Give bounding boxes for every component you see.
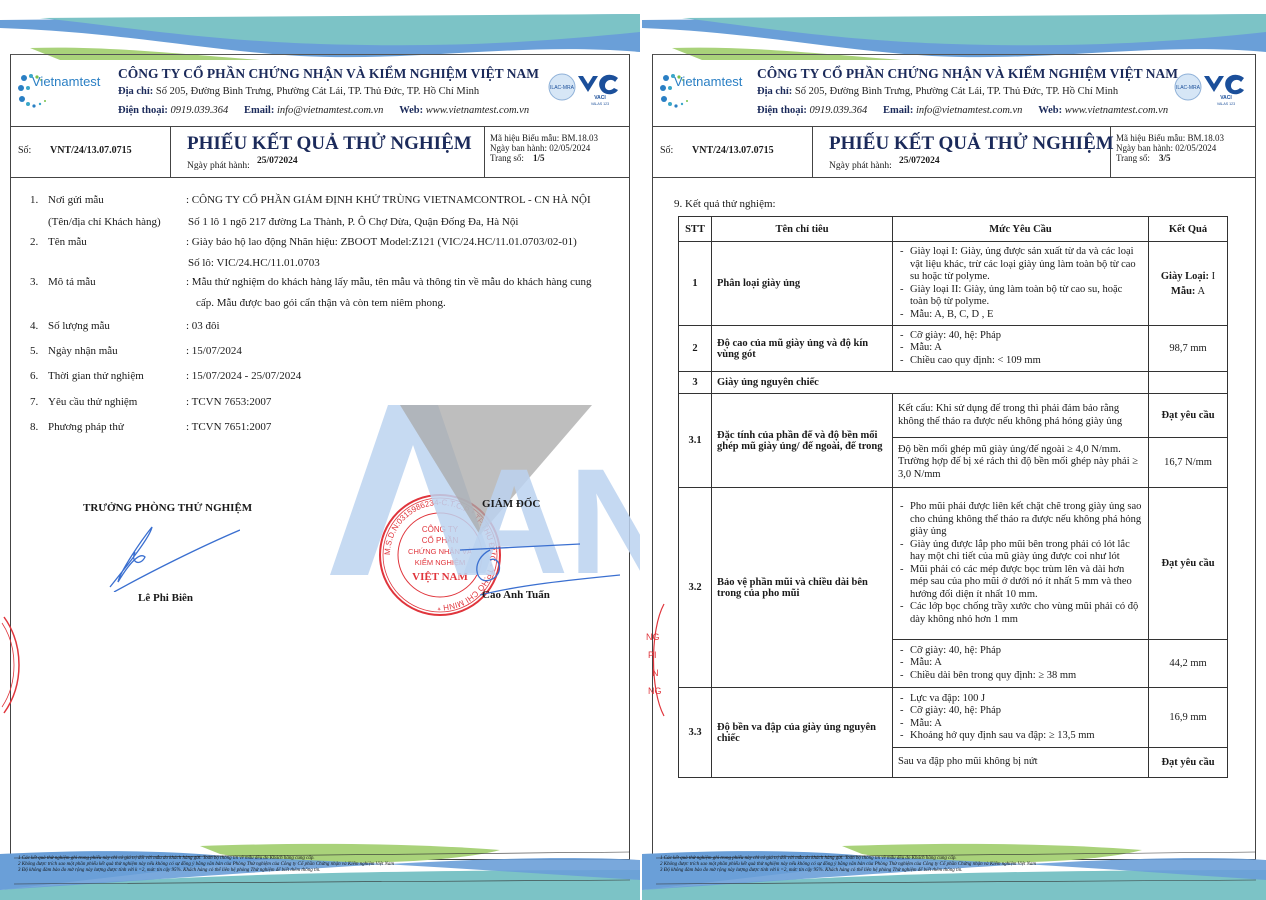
info-row: 8.Phương pháp thử: TCVN 7651:2007 bbox=[30, 421, 178, 433]
report-page-3: Vietnamtest CÔNG TY CỔ PHẦN CHỨNG NHẬN V… bbox=[642, 0, 1266, 900]
results-section-title: 9. Kết quả thử nghiệm: bbox=[674, 198, 776, 210]
form-meta: Mã hiệu Biểu mẫu: BM.18.03 Ngày ban hành… bbox=[1116, 133, 1252, 163]
info-row: (Tên/địa chỉ Khách hàng)Số 1 lô 1 ngõ 21… bbox=[30, 216, 178, 228]
result-cell: 44,2 mm bbox=[1149, 640, 1228, 688]
report-no-label: Số: bbox=[18, 145, 31, 156]
svg-text:N: N bbox=[652, 668, 659, 678]
table-row: 1 Phân loại giày ủng Giày loại I: Giày, … bbox=[679, 242, 1228, 326]
result-cell: Đạt yêu cầu bbox=[1149, 488, 1228, 640]
company-contacts: Điện thoại: 0919.039.364 Email: info@vie… bbox=[757, 105, 1168, 116]
table-header-row: STT Tên chỉ tiêu Mức Yêu Cầu Kết Quả bbox=[679, 217, 1228, 242]
report-title-row: Số: VNT/24/13.07.0715 PHIẾU KẾT QUẢ THỬ … bbox=[10, 126, 630, 178]
page-number: 3/5 bbox=[1159, 153, 1171, 163]
svg-text:VALAS 123: VALAS 123 bbox=[1217, 102, 1235, 106]
letterhead: Vietnamtest CÔNG TY CỔ PHẦN CHỨNG NHẬN V… bbox=[10, 58, 630, 126]
issue-date-label: Ngày phát hành: bbox=[187, 161, 250, 171]
info-row: 4.Số lượng mẫu: 03 đôi bbox=[30, 320, 178, 332]
result-cell: Giày Loại: I Mẫu: A bbox=[1149, 242, 1228, 326]
svg-text:ILAC-MRA: ILAC-MRA bbox=[550, 85, 575, 91]
report-no: VNT/24/13.07.0715 bbox=[692, 145, 774, 156]
right-signatory-name: Cao Anh Tuấn bbox=[482, 589, 550, 601]
table-row: 3.1 Đặc tính của phần đế và độ bền mối g… bbox=[679, 394, 1228, 438]
company-name: CÔNG TY CỔ PHẦN CHỨNG NHẬN VÀ KIỂM NGHIỆ… bbox=[757, 66, 1178, 82]
issue-date-label: Ngày phát hành: bbox=[829, 161, 892, 171]
report-title: PHIẾU KẾT QUẢ THỬ NGHIỆM bbox=[829, 133, 1114, 155]
result-cell: 98,7 mm bbox=[1149, 326, 1228, 372]
company-address: Địa chỉ: Số 205, Đường Bình Trưng, Phườn… bbox=[757, 86, 1118, 97]
table-row: 2 Độ cao của mũ giày ủng và độ kín vùng … bbox=[679, 326, 1228, 372]
svg-text:NG: NG bbox=[646, 632, 660, 642]
svg-text:CÔNG TY: CÔNG TY bbox=[422, 525, 459, 534]
page-seal-edge-icon bbox=[0, 615, 24, 715]
result-cell: Đạt yêu cầu bbox=[1149, 394, 1228, 438]
svg-text:KIỂM NGHIỆM: KIỂM NGHIỆM bbox=[415, 558, 465, 567]
logo-text: Vietnamtest bbox=[674, 74, 742, 89]
left-signature-icon bbox=[100, 522, 240, 592]
svg-text:NG: NG bbox=[648, 686, 662, 696]
accreditation-logo-icon: ILAC-MRA VACI VALAS 123 bbox=[1174, 70, 1248, 106]
svg-text:ILAC-MRA: ILAC-MRA bbox=[1176, 85, 1201, 91]
info-row: Số lô: VIC/24.HC/11.01.0703 bbox=[30, 257, 178, 269]
company-address: Địa chỉ: Số 205, Đường Bình Trưng, Phườn… bbox=[118, 86, 479, 97]
footnotes: 1 Các kết quả thử nghiệm ghi trong phiếu… bbox=[660, 856, 1036, 874]
info-row: 5.Ngày nhận mẫu: 15/07/2024 bbox=[30, 345, 178, 357]
logo-text: Vietnamtest bbox=[32, 74, 100, 89]
svg-text:PI: PI bbox=[648, 650, 657, 660]
title-block: PHIẾU KẾT QUẢ THỬ NGHIỆM Ngày phát hành:… bbox=[170, 127, 485, 177]
report-no: VNT/24/13.07.0715 bbox=[50, 145, 132, 156]
issue-date: 25/072024 bbox=[257, 156, 298, 166]
company-contacts: Điện thoại: 0919.039.364 Email: info@vie… bbox=[118, 105, 529, 116]
footnotes: 1 Các kết quả thử nghiệm ghi trong phiếu… bbox=[18, 856, 394, 874]
report-no-label: Số: bbox=[660, 145, 673, 156]
results-table: STT Tên chỉ tiêu Mức Yêu Cầu Kết Quả 1 P… bbox=[678, 216, 1228, 778]
report-title: PHIẾU KẾT QUẢ THỬ NGHIỆM bbox=[187, 133, 472, 155]
info-row: cấp. Mẫu được bao gói cẩn thận và còn te… bbox=[30, 297, 178, 309]
svg-text:CỔ PHẦN: CỔ PHẦN bbox=[422, 535, 459, 545]
info-row: 1.Nơi gửi mẫu: CÔNG TY CỔ PHẦN GIÁM ĐỊNH… bbox=[30, 194, 178, 206]
accreditation-logo-icon: ILAC-MRA VACI VALAS 123 bbox=[548, 70, 622, 106]
letterhead: Vietnamtest CÔNG TY CỔ PHẦN CHỨNG NHẬN V… bbox=[652, 58, 1256, 126]
table-row: 3.2 Bảo vệ phần mũi và chiều dài bên tro… bbox=[679, 488, 1228, 640]
table-row: 3 Giày ủng nguyên chiếc bbox=[679, 372, 1228, 394]
right-signatory-title: GIÁM ĐỐC bbox=[482, 498, 540, 510]
info-row: 3.Mô tả mẫu: Mẫu thử nghiệm do khách hàn… bbox=[30, 276, 178, 288]
report-page-1: Vietnamtest CÔNG TY CỔ PHẦN CHỨNG NHẬN V… bbox=[0, 0, 640, 900]
result-cell: Đạt yêu cầu bbox=[1149, 748, 1228, 778]
info-row: 6.Thời gian thử nghiệm: 15/07/2024 - 25/… bbox=[30, 370, 178, 382]
top-wave-decoration bbox=[0, 12, 640, 60]
result-cell: 16,9 mm bbox=[1149, 688, 1228, 748]
left-signatory-name: Lê Phi Biên bbox=[138, 592, 193, 604]
title-block: PHIẾU KẾT QUẢ THỬ NGHIỆM Ngày phát hành:… bbox=[812, 127, 1111, 177]
result-cell: 16,7 N/mm bbox=[1149, 438, 1228, 488]
page-number: 1/5 bbox=[533, 153, 545, 163]
svg-text:VACI: VACI bbox=[1220, 95, 1232, 101]
info-row: 2.Tên mẫu: Giày bảo hộ lao động Nhãn hiệ… bbox=[30, 236, 178, 248]
svg-text:VACI: VACI bbox=[594, 95, 606, 101]
page-seal-edge-icon: NG PI N NG bbox=[642, 600, 672, 720]
issue-date: 25/072024 bbox=[899, 156, 940, 166]
svg-text:VALAS 123: VALAS 123 bbox=[591, 102, 609, 106]
left-signatory-title: TRƯỞNG PHÒNG THỬ NGHIỆM bbox=[83, 502, 252, 514]
report-title-row: Số: VNT/24/13.07.0715 PHIẾU KẾT QUẢ THỬ … bbox=[652, 126, 1256, 178]
info-row: 7.Yêu cầu thử nghiệm: TCVN 7653:2007 bbox=[30, 396, 178, 408]
company-name: CÔNG TY CỔ PHẦN CHỨNG NHẬN VÀ KIỂM NGHIỆ… bbox=[118, 66, 539, 82]
top-wave-decoration bbox=[642, 12, 1266, 60]
form-meta: Mã hiệu Biểu mẫu: BM.18.03 Ngày ban hành… bbox=[490, 133, 626, 163]
table-row: 3.3 Độ bền va đập của giày ủng nguyên ch… bbox=[679, 688, 1228, 748]
